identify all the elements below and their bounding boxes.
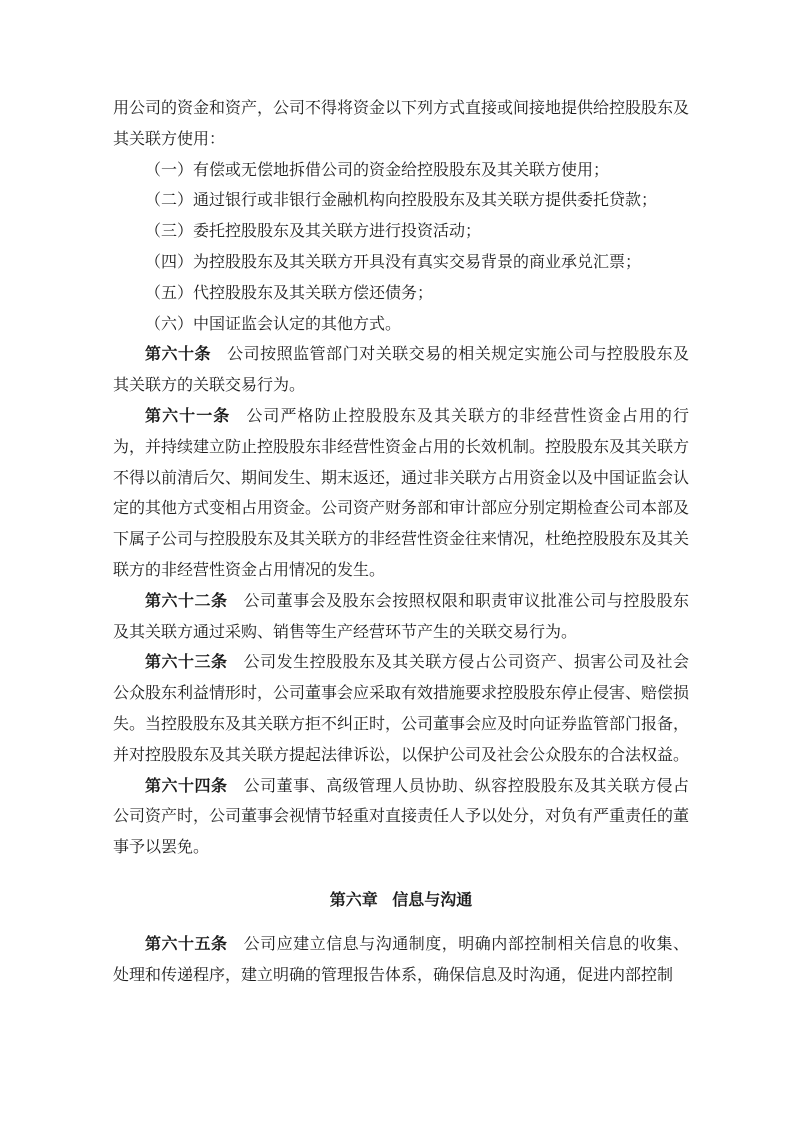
list-item-6: （六）中国证监会认定的其他方式。 [113, 310, 689, 341]
page-content: 用公司的资金和资产，公司不得将资金以下列方式直接或间接地提供给控股股东及其关联方… [113, 94, 689, 991]
list-item-5: （五）代控股股东及其关联方偿还债务； [113, 279, 689, 310]
article-60: 第六十条公司按照监管部门对关联交易的相关规定实施公司与控股股东及其关联方的关联交… [113, 340, 689, 402]
list-item-1: （一）有偿或无偿地拆借公司的资金给控股股东及其关联方使用； [113, 156, 689, 187]
article-63: 第六十三条公司发生控股股东及其关联方侵占公司资产、损害公司及社会公众股东利益情形… [113, 648, 689, 771]
article-60-number: 第六十条 [145, 346, 211, 363]
article-61: 第六十一条公司严格防止控股股东及其关联方的非经营性资金占用的行为，并持续建立防止… [113, 402, 689, 587]
chapter-heading: 第六章信息与沟通 [113, 886, 689, 917]
article-62: 第六十二条公司董事会及股东会按照权限和职责审议批准公司与控股股东及其关联方通过采… [113, 587, 689, 649]
article-64: 第六十四条公司董事、高级管理人员协助、纵容控股股东及其关联方侵占公司资产时，公司… [113, 772, 689, 864]
document-page: 用公司的资金和资产，公司不得将资金以下列方式直接或间接地提供给控股股东及其关联方… [0, 0, 794, 1122]
continuation-paragraph: 用公司的资金和资产，公司不得将资金以下列方式直接或间接地提供给控股股东及其关联方… [113, 94, 689, 156]
article-61-number: 第六十一条 [145, 408, 230, 425]
article-65-number: 第六十五条 [145, 936, 228, 953]
list-item-2: （二）通过银行或非银行金融机构向控股股东及其关联方提供委托贷款； [113, 186, 689, 217]
list-item-3: （三）委托控股股东及其关联方进行投资活动； [113, 217, 689, 248]
article-63-number: 第六十三条 [145, 654, 228, 671]
article-61-text: 公司严格防止控股股东及其关联方的非经营性资金占用的行为，并持续建立防止控股股东非… [113, 408, 689, 579]
article-65: 第六十五条公司应建立信息与沟通制度，明确内部控制相关信息的收集、处理和传递程序，… [113, 930, 689, 992]
chapter-title: 信息与沟通 [392, 892, 472, 909]
article-64-number: 第六十四条 [145, 778, 228, 795]
list-item-4: （四）为控股股东及其关联方开具没有真实交易背景的商业承兑汇票； [113, 248, 689, 279]
chapter-number: 第六章 [330, 892, 378, 909]
article-62-number: 第六十二条 [145, 593, 228, 610]
